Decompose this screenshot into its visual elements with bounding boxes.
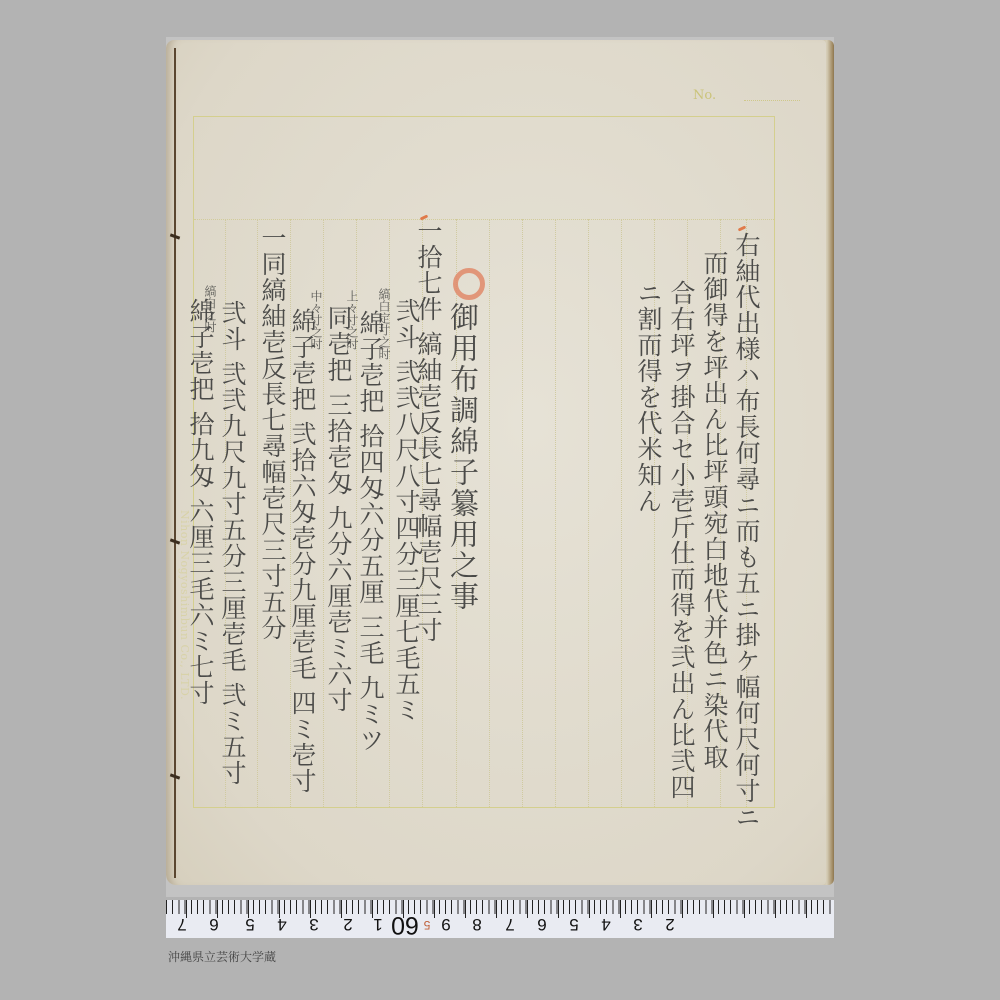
ruler-label: 6 bbox=[534, 914, 550, 934]
text-column: 同壱把 三拾壱匁 九分六厘壱ミ六寸 bbox=[326, 305, 351, 713]
measuring-ruler: 7 6 5 4 3 2 1 60 5 9 8 7 6 5 4 3 2 bbox=[166, 900, 834, 938]
page-number-label: No. bbox=[693, 88, 716, 103]
ruler-label-major: 60 bbox=[388, 910, 422, 938]
ruler-label: 8 bbox=[469, 914, 485, 934]
ruler-ticks bbox=[166, 900, 834, 914]
ruler-label: 3 bbox=[306, 914, 322, 934]
document-title: 御用布調綿子纂用之事 bbox=[448, 302, 477, 612]
text-column: 綿子壱把 拾九匁 六厘三毛六ミ七寸 bbox=[188, 298, 213, 706]
ruler-label: 6 bbox=[206, 914, 222, 934]
text-column: 合右坪ヲ掛合セ小壱斤仕而得を弐出ん比弐四 bbox=[669, 280, 694, 800]
page-number-field bbox=[744, 100, 800, 101]
text-column: 弐斗 弐弐八尺八寸四分三厘七毛五ミ bbox=[394, 298, 419, 723]
ruler-label: 3 bbox=[630, 914, 646, 934]
ruler-label: 2 bbox=[340, 914, 356, 934]
text-column: ニ割而得を代米知ん bbox=[636, 280, 661, 514]
text-column: 弐斗 弐弐九尺九寸五分三厘壱毛 弐ミ五寸 bbox=[220, 300, 245, 786]
text-column: 而御得を坪出ん比坪頭宛白地代并色ニ染代取 bbox=[702, 250, 727, 770]
ruler-label: 9 bbox=[438, 914, 454, 934]
red-seal-stamp bbox=[453, 268, 485, 300]
text-column: 綿子壱把 拾四匁六分五厘 三毛 九ミツ bbox=[358, 310, 383, 753]
text-column: 綿子壱把 弐拾六匁壱分九厘壱毛 四ミ壱寸 bbox=[290, 308, 315, 794]
ruler-label-red: 5 bbox=[419, 918, 435, 932]
ruler-label: 5 bbox=[242, 914, 258, 934]
binding-spine bbox=[174, 48, 176, 878]
collection-credit: 沖縄県立芸術大学蔵 bbox=[168, 948, 276, 965]
ruler-label: 4 bbox=[274, 914, 290, 934]
ruler-label: 7 bbox=[174, 914, 190, 934]
ruler-label: 7 bbox=[502, 914, 518, 934]
ruler-label: 5 bbox=[566, 914, 582, 934]
manuscript-page: No. Nihon Nogyoshimbun Co., LTD. 右紬代出様 bbox=[166, 40, 826, 885]
notebook: No. Nihon Nogyoshimbun Co., LTD. 右紬代出様 bbox=[166, 40, 834, 885]
ruler-label: 4 bbox=[598, 914, 614, 934]
text-column: 一同縞紬壱反長七尋幅壱尺三寸五分 bbox=[260, 225, 285, 641]
ruler-label: 2 bbox=[662, 914, 678, 934]
ruler-label: 1 bbox=[370, 914, 386, 934]
text-column: 右紬代出様ハ布長何尋ニ而も五ニ掛ケ幅何尺何寸ニ bbox=[734, 232, 759, 830]
